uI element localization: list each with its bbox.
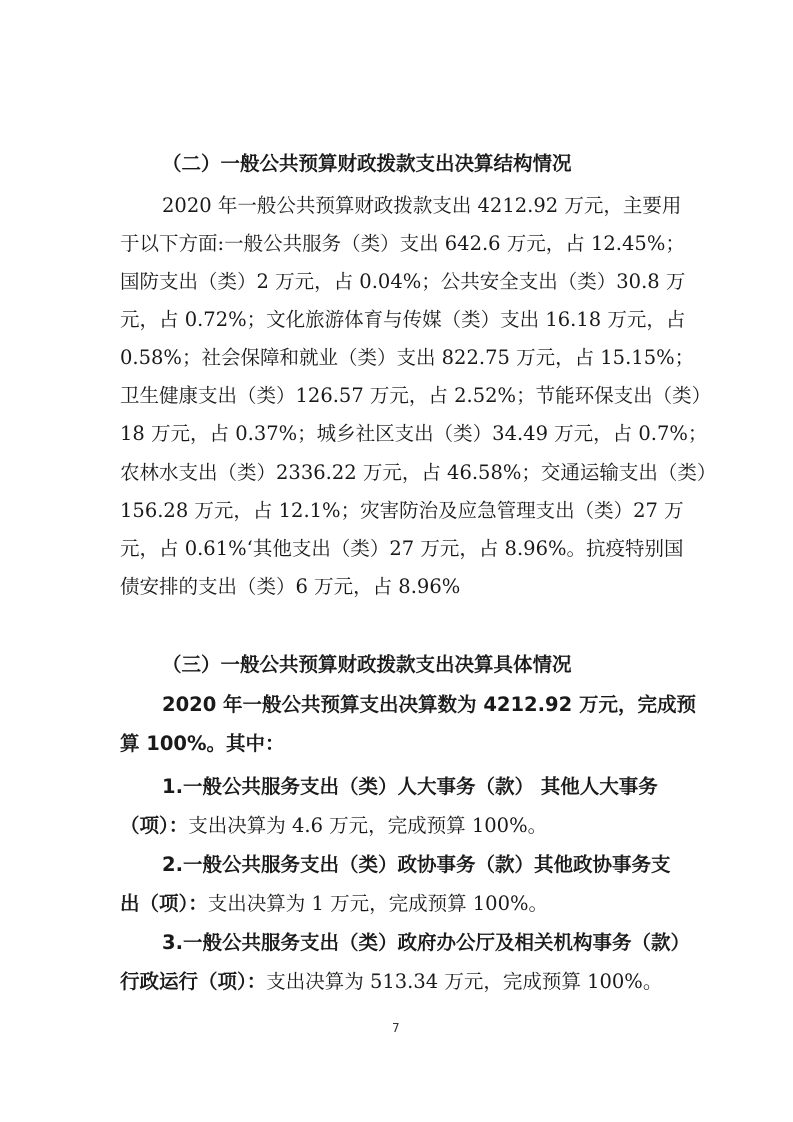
paragraph-line: 农林水支出（类）2336.22 万元，占 46.58%；交通运输支出（类） (120, 460, 716, 486)
paragraph-line: 18 万元，占 0.37%；城乡社区支出（类）34.49 万元，占 0.7%； (120, 421, 707, 447)
item-title: 2.一般公共服务支出（类）政协事务（款）其他政协事务支 (162, 852, 670, 878)
paragraph-line: 0.58%；社会保障和就业（类）支出 822.75 万元，占 15.15%； (120, 345, 694, 371)
item-detail: 出（项）：支出决算为 1 万元，完成预算 100%。 (120, 891, 548, 917)
item-value: 支出决算为 4.6 万元，完成预算 100%。 (188, 814, 547, 837)
item-value: 支出决算为 1 万元，完成预算 100%。 (208, 892, 548, 915)
section-heading-detail: （三）一般公共预算财政拨款支出决算具体情况 (162, 652, 572, 678)
item-title: 1.一般公共服务支出（类）人大事务（款） 其他人大事务 (162, 774, 658, 800)
paragraph-line: 于以下方面:一般公共服务（类）支出 642.6 万元，占 12.45%； (120, 231, 685, 257)
paragraph-line: 国防支出（类）2 万元，占 0.04%；公共安全支出（类）30.8 万 (120, 269, 685, 295)
item-label: 行政运行（项）： (120, 970, 266, 993)
item-label: 出（项）： (120, 892, 208, 915)
item-label: （项）： (120, 814, 188, 837)
paragraph-line: 元，占 0.61%‘其他支出（类）27 万元，占 8.96%。抗疫特别国 (120, 536, 684, 562)
item-title: 3.一般公共服务支出（类）政府办公厅及相关机构事务（款） (162, 930, 690, 956)
section-heading-structure: （二）一般公共预算财政拨款支出决算结构情况 (162, 151, 572, 177)
item-value: 支出决算为 513.34 万元，完成预算 100%。 (266, 970, 662, 993)
item-detail: 行政运行（项）：支出决算为 513.34 万元，完成预算 100%。 (120, 969, 662, 995)
paragraph-line: 债安排的支出（类）6 万元，占 8.96% (120, 574, 460, 600)
item-detail: （项）：支出决算为 4.6 万元，完成预算 100%。 (120, 813, 547, 839)
paragraph-line: 2020 年一般公共预算财政拨款支出 4212.92 万元，主要用 (162, 193, 681, 219)
paragraph-line: 元，占 0.72%；文化旅游体育与传媒（类）支出 16.18 万元，占 (120, 307, 685, 333)
paragraph-line: 156.28 万元，占 12.1%；灾害防治及应急管理支出（类）27 万 (120, 498, 684, 524)
page-number: 7 (392, 1021, 400, 1035)
summary-line: 2020 年一般公共预算支出决算数为 4212.92 万元，完成预 (162, 692, 696, 718)
paragraph-line: 卫生健康支出（类）126.57 万元，占 2.52%；节能环保支出（类） (120, 383, 711, 409)
summary-line: 算 100%。其中： (120, 731, 285, 757)
